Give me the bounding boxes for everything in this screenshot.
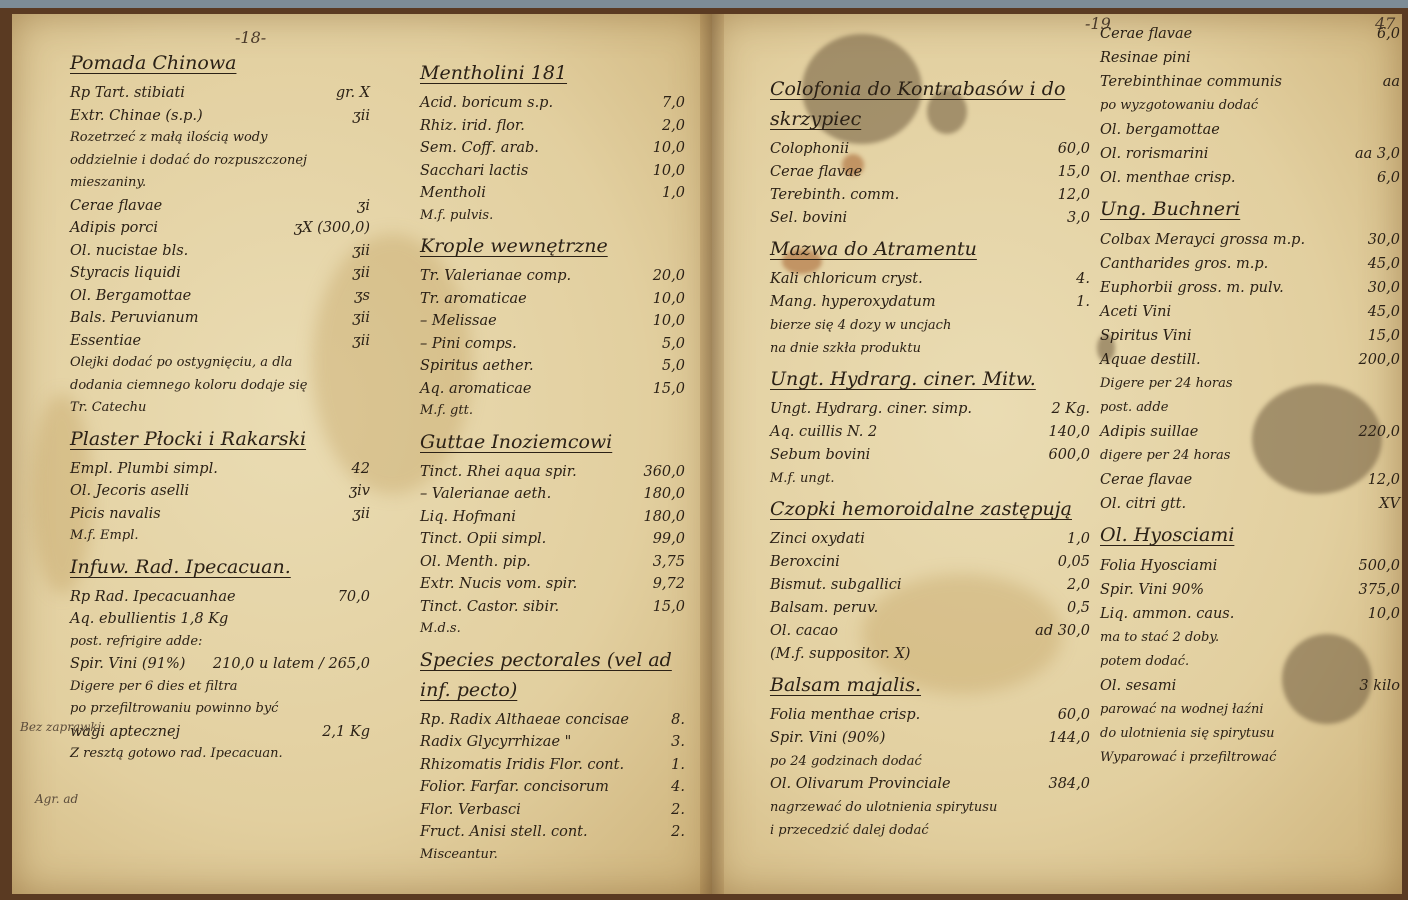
ingredient-line: Folia Hyosciami500,0 [1100, 554, 1400, 578]
ingredient-name: Rp Rad. Ipecacuanhae [70, 586, 236, 609]
ingredient-name: Colbax Merayci grossa m.p. [1100, 228, 1305, 252]
book-gutter [700, 14, 724, 894]
ingredient-line: Euphorbii gross. m. pulv.30,0 [1100, 276, 1400, 300]
ingredient-name: Adipis porci [70, 217, 158, 240]
ingredient-quantity: 10,0 [653, 310, 685, 333]
recipe-title: Krople wewnętrzne [420, 231, 685, 261]
ingredient-name: Zinci oxydati [770, 528, 865, 551]
ingredient-line: Ol. rorismariniaa 3,0 [1100, 142, 1400, 166]
ingredient-line: Ol. citri gtt.XV [1100, 492, 1400, 516]
ingredient-line: Liq. Hofmani180,0 [420, 506, 685, 529]
ingredient-line: Sem. Coff. arab.10,0 [420, 137, 685, 160]
ingredient-line: (M.f. suppositor. X) [770, 643, 1090, 666]
ingredient-line: Folia menthae crisp.60,0 [770, 704, 1090, 727]
ingredient-line: Ol. menthae crisp.6,0 [1100, 166, 1400, 190]
ingredient-quantity: ʒi [357, 195, 370, 218]
ingredient-name: Sel. bovini [770, 207, 847, 230]
ingredient-quantity: 45,0 [1368, 300, 1400, 324]
ingredient-quantity: ʒiv [349, 480, 370, 503]
ingredient-line: Picis navalisʒii [70, 503, 370, 526]
ingredient-quantity: 30,0 [1368, 276, 1400, 300]
ingredient-quantity: 10,0 [653, 137, 685, 160]
ingredient-name: Extr. Chinae (s.p.) [70, 105, 203, 128]
ingredient-quantity: 144,0 [1048, 727, 1090, 750]
ingredient-quantity: 1,0 [1067, 528, 1090, 551]
ingredient-quantity: 10,0 [653, 288, 685, 311]
recipe-title: Pomada Chinowa [70, 48, 370, 78]
recipe-title: Ung. Buchneri [1100, 194, 1400, 224]
ingredient-line: Extr. Nucis vom. spir.9,72 [420, 573, 685, 596]
ingredient-quantity: 3,0 [1067, 207, 1090, 230]
ingredient-quantity: 210,0 u latem / 265,0 [213, 653, 370, 676]
ingredient-quantity: ʒii [353, 262, 370, 285]
ingredient-name: Ol. menthae crisp. [1100, 166, 1235, 190]
ingredient-name: Sebum bovini [770, 444, 870, 467]
ingredient-quantity: 20,0 [653, 265, 685, 288]
recipe-note: M.f. gtt. [420, 400, 685, 423]
recipe-note: Rozetrzeć z małą ilością wody [70, 127, 370, 150]
ingredient-name: Liq. ammon. caus. [1100, 602, 1234, 626]
recipe-note: po 24 godzinach dodać [770, 750, 1090, 773]
ingredient-quantity: gr. X [336, 82, 370, 105]
ingredient-quantity: 2,0 [662, 115, 685, 138]
recipe-title: Plaster Płocki i Rakarski [70, 424, 370, 454]
ingredient-name: Colophonii [770, 138, 849, 161]
ingredient-name: Aq. ebullientis 1,8 Kg [70, 608, 228, 631]
recipe-note: potem dodać. [1100, 650, 1400, 674]
ingredient-line: Rp Tart. stibiatigr. X [70, 82, 370, 105]
ingredient-line: Spiritus Vini15,0 [1100, 324, 1400, 348]
ingredient-quantity: ʒii [353, 307, 370, 330]
ingredient-line: Ungt. Hydrarg. ciner. simp.2 Kg. [770, 398, 1090, 421]
ingredient-quantity: 180,0 [643, 483, 685, 506]
ingredient-name: Essentiae [70, 330, 141, 353]
ingredient-name: Cerae flavae [70, 195, 162, 218]
ingredient-line: Ol. Bergamottaeʒs [70, 285, 370, 308]
ingredient-line: Sel. bovini3,0 [770, 207, 1090, 230]
ingredient-quantity: 60,0 [1058, 138, 1090, 161]
ingredient-quantity: aa [1383, 70, 1400, 94]
ingredient-line: wagi aptecznej2,1 Kg [70, 721, 370, 744]
ingredient-line: Sacchari lactis10,0 [420, 160, 685, 183]
ingredient-quantity: 15,0 [1058, 161, 1090, 184]
ingredient-quantity: 15,0 [653, 596, 685, 619]
recipe-note: po przefiltrowaniu powinno być [70, 698, 370, 721]
ingredient-line: Aq. cuillis N. 2140,0 [770, 421, 1090, 444]
recipe-title: Balsam majalis. [770, 670, 1090, 700]
ingredient-name: Euphorbii gross. m. pulv. [1100, 276, 1284, 300]
ingredient-quantity: 1,0 [662, 182, 685, 205]
ingredient-quantity: 600,0 [1048, 444, 1090, 467]
ingredient-quantity: ʒii [353, 105, 370, 128]
ingredient-quantity: 10,0 [1368, 602, 1400, 626]
ingredient-quantity: 12,0 [1368, 468, 1400, 492]
recipe-title: Species pectorales (vel ad inf. pecto) [420, 645, 685, 705]
ingredient-quantity: 140,0 [1048, 421, 1090, 444]
ingredient-quantity: 4. [671, 776, 685, 799]
ingredient-line: Liq. ammon. caus.10,0 [1100, 602, 1400, 626]
ingredient-name: Sem. Coff. arab. [420, 137, 539, 160]
ingredient-line: Beroxcini0,05 [770, 551, 1090, 574]
ingredient-line: Folior. Farfar. concisorum4. [420, 776, 685, 799]
ingredient-line: Ol. Olivarum Provinciale384,0 [770, 773, 1090, 796]
ingredient-name: Kali chloricum cryst. [770, 268, 923, 291]
ingredient-quantity: 15,0 [1368, 324, 1400, 348]
recipe-title: Ungt. Hydrarg. ciner. Mitw. [770, 364, 1090, 394]
ingredient-name: Ol. cacao [770, 620, 838, 643]
ingredient-name: Fruct. Anisi stell. cont. [420, 821, 588, 844]
ingredient-line: Ol. nucistae bls.ʒii [70, 240, 370, 263]
ingredient-line: Empl. Plumbi simpl.42 [70, 458, 370, 481]
right-page-column-1: Colofonia do Kontrabasów i do skrzypiecC… [770, 70, 1090, 842]
ingredient-name: Ol. citri gtt. [1100, 492, 1186, 516]
recipe-note: post. adde [1100, 396, 1400, 420]
ingredient-name: Tinct. Opii simpl. [420, 528, 546, 551]
ingredient-name: Ol. Bergamottae [70, 285, 191, 308]
ingredient-line: Rp Rad. Ipecacuanhae70,0 [70, 586, 370, 609]
recipe-note: Misceantur. [420, 844, 685, 867]
ingredient-quantity: 500,0 [1358, 554, 1400, 578]
ingredient-name: Ol. Olivarum Provinciale [770, 773, 951, 796]
ingredient-name: Balsam. peruv. [770, 597, 878, 620]
recipe-note: M.d.s. [420, 618, 685, 641]
ingredient-line: Kali chloricum cryst.4. [770, 268, 1090, 291]
ingredient-name: Folia menthae crisp. [770, 704, 920, 727]
ingredient-quantity: 5,0 [662, 333, 685, 356]
ingredient-line: Cerae flavae6,0 [1100, 22, 1400, 46]
recipe-note: Tr. Catechu [70, 397, 370, 420]
ingredient-name: Cerae flavae [1100, 468, 1192, 492]
ingredient-name: Spir. Vini 90% [1100, 578, 1204, 602]
ingredient-name: Rhizomatis Iridis Flor. cont. [420, 754, 624, 777]
ingredient-quantity: 2 Kg. [1051, 398, 1090, 421]
ingredient-quantity: 1. [671, 754, 685, 777]
recipe-note: do ulotnienia się spirytusu [1100, 722, 1400, 746]
ingredient-line: Tinct. Opii simpl.99,0 [420, 528, 685, 551]
ingredient-name: Spiritus aether. [420, 355, 534, 378]
ingredient-name: Ol. nucistae bls. [70, 240, 188, 263]
ingredient-name: Ungt. Hydrarg. ciner. simp. [770, 398, 972, 421]
ingredient-name: Terebinthinae communis [1100, 70, 1282, 94]
ingredient-line: Colophonii60,0 [770, 138, 1090, 161]
recipe-note: post. refrigire adde: [70, 631, 370, 654]
margin-note: Agr. ad [35, 792, 78, 806]
ingredient-quantity: 375,0 [1358, 578, 1400, 602]
ingredient-name: Tinct. Rhei aqua spir. [420, 461, 577, 484]
ingredient-quantity: ad 30,0 [1035, 620, 1090, 643]
ingredient-quantity: aa 3,0 [1355, 142, 1400, 166]
ingredient-line: Spiritus aether.5,0 [420, 355, 685, 378]
ingredient-quantity: ʒii [353, 330, 370, 353]
ingredient-name: Flor. Verbasci [420, 799, 521, 822]
ingredient-name: Tinct. Castor. sibir. [420, 596, 559, 619]
ingredient-quantity: XV [1379, 492, 1400, 516]
ingredient-name: Sacchari lactis [420, 160, 528, 183]
ingredient-name: Spiritus Vini [1100, 324, 1191, 348]
recipe-note: i przecedzić dalej dodać [770, 819, 1090, 842]
ingredient-line: Terebinthinae communisaa [1100, 70, 1400, 94]
ingredient-name: Adipis suillae [1100, 420, 1198, 444]
ingredient-name: Ol. sesami [1100, 674, 1176, 698]
ingredient-line: Tr. Valerianae comp.20,0 [420, 265, 685, 288]
ingredient-line: Adipis porciʒX (300,0) [70, 217, 370, 240]
ingredient-quantity: 15,0 [653, 378, 685, 401]
ingredient-name: Radix Glycyrrhizae " [420, 731, 571, 754]
ingredient-line: Aceti Vini45,0 [1100, 300, 1400, 324]
ingredient-name: Aq. cuillis N. 2 [770, 421, 877, 444]
ingredient-quantity: 10,0 [653, 160, 685, 183]
ingredient-line: Bals. Peruvianumʒii [70, 307, 370, 330]
ingredient-quantity: 5,0 [662, 355, 685, 378]
ingredient-line: Styracis liquidiʒii [70, 262, 370, 285]
left-page-column-2: Mentholini 181Acid. boricum s.p.7,0Rhiz.… [420, 54, 685, 866]
ingredient-quantity: 3. [671, 731, 685, 754]
ingredient-quantity: 8. [671, 709, 685, 732]
ingredient-quantity: ʒii [353, 503, 370, 526]
ingredient-name: Liq. Hofmani [420, 506, 516, 529]
recipe-note: Olejki dodać po ostygnięciu, a dla [70, 352, 370, 375]
recipe-note: nagrzewać do ulotnienia spirytusu [770, 796, 1090, 819]
recipe-note: Digere per 6 dies et filtra [70, 676, 370, 699]
left-page-column-1: Pomada ChinowaRp Tart. stibiatigr. XExtr… [70, 44, 370, 766]
ingredient-line: Ol. Menth. pip.3,75 [420, 551, 685, 574]
ingredient-line: Ol. bergamottae [1100, 118, 1400, 142]
ingredient-line: Flor. Verbasci2. [420, 799, 685, 822]
ingredient-quantity: 2. [671, 821, 685, 844]
ingredient-quantity: 42 [352, 458, 370, 481]
ingredient-name: Ol. bergamottae [1100, 118, 1220, 142]
ingredient-quantity: 6,0 [1377, 166, 1400, 190]
ingredient-quantity: 360,0 [643, 461, 685, 484]
ingredient-name: Terebinth. comm. [770, 184, 899, 207]
ingredient-line: Mentholi1,0 [420, 182, 685, 205]
ingredient-line: Spir. Vini (90%)144,0 [770, 727, 1090, 750]
ingredient-line: Extr. Chinae (s.p.)ʒii [70, 105, 370, 128]
ingredient-name: Folia Hyosciami [1100, 554, 1217, 578]
ingredient-quantity: 70,0 [338, 586, 370, 609]
ingredient-name: – Valerianae aeth. [420, 483, 551, 506]
ingredient-name: – Melissae [420, 310, 497, 333]
ingredient-name: Tr. aromaticae [420, 288, 527, 311]
ingredient-line: Ol. sesami3 kilo [1100, 674, 1400, 698]
ingredient-quantity: 9,72 [653, 573, 685, 596]
ingredient-line: Ol. cacaoad 30,0 [770, 620, 1090, 643]
ingredient-name: Rhiz. irid. flor. [420, 115, 525, 138]
ingredient-quantity: 45,0 [1368, 252, 1400, 276]
ingredient-name: Mang. hyperoxydatum [770, 291, 936, 314]
ingredient-line: Cerae flavae12,0 [1100, 468, 1400, 492]
recipe-title: Mazwa do Atramentu [770, 234, 1090, 264]
ingredient-line: Balsam. peruv.0,5 [770, 597, 1090, 620]
ingredient-line: – Valerianae aeth.180,0 [420, 483, 685, 506]
ingredient-line: Tr. aromaticae10,0 [420, 288, 685, 311]
ingredient-line: Aq. aromaticae15,0 [420, 378, 685, 401]
ingredient-name: Aq. aromaticae [420, 378, 531, 401]
recipe-note: na dnie szkła produktu [770, 337, 1090, 360]
ingredient-line: Acid. boricum s.p.7,0 [420, 92, 685, 115]
ingredient-line: Adipis suillae220,0 [1100, 420, 1400, 444]
recipe-title: Mentholini 181 [420, 58, 685, 88]
ingredient-line: Rhizomatis Iridis Flor. cont.1. [420, 754, 685, 777]
ingredient-line: Terebinth. comm.12,0 [770, 184, 1090, 207]
ingredient-line: Tinct. Rhei aqua spir.360,0 [420, 461, 685, 484]
ingredient-name: Ol. rorismarini [1100, 142, 1208, 166]
ingredient-name: Aquae destill. [1100, 348, 1201, 372]
ingredient-line: Tinct. Castor. sibir.15,0 [420, 596, 685, 619]
recipe-note: dodania ciemnego koloru dodaje się [70, 375, 370, 398]
ingredient-line: Cerae flavaeʒi [70, 195, 370, 218]
ingredient-name: Spir. Vini (90%) [770, 727, 885, 750]
ingredient-line: Zinci oxydati1,0 [770, 528, 1090, 551]
ingredient-quantity: 12,0 [1058, 184, 1090, 207]
recipe-title: Guttae Inoziemcowi [420, 427, 685, 457]
ingredient-name: Folior. Farfar. concisorum [420, 776, 609, 799]
recipe-note: M.f. pulvis. [420, 205, 685, 228]
ingredient-name: Cerae flavae [1100, 22, 1192, 46]
ingredient-name: Bals. Peruvianum [70, 307, 198, 330]
ingredient-quantity: 2,1 Kg [322, 721, 370, 744]
ingredient-name: Extr. Nucis vom. spir. [420, 573, 577, 596]
recipe-note: Digere per 24 horas [1100, 372, 1400, 396]
ingredient-quantity: 180,0 [643, 506, 685, 529]
recipe-note: M.f. ungt. [770, 467, 1090, 490]
ingredient-name: Ol. Jecoris aselli [70, 480, 189, 503]
ingredient-name: (M.f. suppositor. X) [770, 643, 910, 666]
ingredient-quantity: 6,0 [1377, 22, 1400, 46]
ingredient-quantity: 30,0 [1368, 228, 1400, 252]
ingredient-quantity: 4. [1076, 268, 1090, 291]
recipe-note: parować na wodnej łaźni [1100, 698, 1400, 722]
ingredient-quantity: ʒii [353, 240, 370, 263]
ingredient-line: Rp. Radix Althaeae concisae8. [420, 709, 685, 732]
right-page-column-2: Cerae flavae6,0Resinae piniTerebinthinae… [1100, 22, 1400, 770]
ingredient-line: Resinae pini [1100, 46, 1400, 70]
ingredient-line: Sebum bovini600,0 [770, 444, 1090, 467]
ingredient-line: Spir. Vini 90%375,0 [1100, 578, 1400, 602]
ingredient-name: Mentholi [420, 182, 486, 205]
ingredient-quantity: 3,75 [653, 551, 685, 574]
recipe-title: Colofonia do Kontrabasów i do skrzypiec [770, 74, 1090, 134]
recipe-title: Czopki hemoroidalne zastępują [770, 494, 1090, 524]
ingredient-name: Acid. boricum s.p. [420, 92, 553, 115]
ingredient-name: Rp Tart. stibiati [70, 82, 185, 105]
recipe-note: digere per 24 horas [1100, 444, 1400, 468]
ingredient-line: – Pini comps.5,0 [420, 333, 685, 356]
ingredient-quantity: 220,0 [1358, 420, 1400, 444]
ingredient-line: Cerae flavae15,0 [770, 161, 1090, 184]
recipe-note: bierze się 4 dozy w uncjach [770, 314, 1090, 337]
ingredient-name: Bismut. subgallici [770, 574, 902, 597]
ingredient-name: Empl. Plumbi simpl. [70, 458, 218, 481]
ingredient-quantity: ʒs [354, 285, 370, 308]
ingredient-quantity: 1. [1076, 291, 1090, 314]
recipe-note: mieszaniny. [70, 172, 370, 195]
recipe-note: oddzielnie i dodać do rozpuszczonej [70, 150, 370, 173]
ingredient-quantity: 60,0 [1058, 704, 1090, 727]
ingredient-name: Beroxcini [770, 551, 840, 574]
ingredient-line: Essentiaeʒii [70, 330, 370, 353]
recipe-note: M.f. Empl. [70, 525, 370, 548]
ingredient-name: Rp. Radix Althaeae concisae [420, 709, 629, 732]
ingredient-name: Picis navalis [70, 503, 161, 526]
ingredient-line: Ol. Jecoris aselliʒiv [70, 480, 370, 503]
ingredient-line: Bismut. subgallici2,0 [770, 574, 1090, 597]
ingredient-name: Tr. Valerianae comp. [420, 265, 571, 288]
ingredient-line: Radix Glycyrrhizae "3. [420, 731, 685, 754]
ingredient-name: Aceti Vini [1100, 300, 1171, 324]
ingredient-quantity: ʒX (300,0) [294, 217, 370, 240]
ingredient-line: Mang. hyperoxydatum1. [770, 291, 1090, 314]
ingredient-name: – Pini comps. [420, 333, 517, 356]
ingredient-quantity: 2. [671, 799, 685, 822]
ingredient-line: Cantharides gros. m.p.45,0 [1100, 252, 1400, 276]
ingredient-line: – Melissae10,0 [420, 310, 685, 333]
recipe-title: Ol. Hyosciami [1100, 520, 1400, 550]
recipe-note: po wyzgotowaniu dodać [1100, 94, 1400, 118]
recipe-note: ma to stać 2 doby. [1100, 626, 1400, 650]
ingredient-line: Fruct. Anisi stell. cont.2. [420, 821, 685, 844]
ingredient-name: Resinae pini [1100, 46, 1191, 70]
ingredient-name: Spir. Vini (91%) [70, 653, 185, 676]
ingredient-quantity: 99,0 [653, 528, 685, 551]
ingredient-quantity: 3 kilo [1359, 674, 1400, 698]
margin-note: Bez zaprawki [20, 720, 102, 734]
ingredient-name: Cerae flavae [770, 161, 862, 184]
ingredient-name: Ol. Menth. pip. [420, 551, 531, 574]
ingredient-name: Cantharides gros. m.p. [1100, 252, 1268, 276]
recipe-note: Wyparować i przefiltrować [1100, 746, 1400, 770]
ingredient-line: Spir. Vini (91%)210,0 u latem / 265,0 [70, 653, 370, 676]
recipe-note: Z resztą gotowo rad. Ipecacuan. [70, 743, 370, 766]
ingredient-line: Colbax Merayci grossa m.p.30,0 [1100, 228, 1400, 252]
ingredient-quantity: 384,0 [1048, 773, 1090, 796]
ingredient-quantity: 2,0 [1067, 574, 1090, 597]
ingredient-line: Rhiz. irid. flor.2,0 [420, 115, 685, 138]
ingredient-quantity: 0,5 [1067, 597, 1090, 620]
ingredient-name: Styracis liquidi [70, 262, 181, 285]
ingredient-line: Aquae destill.200,0 [1100, 348, 1400, 372]
recipe-title: Infuw. Rad. Ipecacuan. [70, 552, 370, 582]
ingredient-quantity: 0,05 [1058, 551, 1090, 574]
ingredient-quantity: 200,0 [1358, 348, 1400, 372]
ingredient-line: Aq. ebullientis 1,8 Kg [70, 608, 370, 631]
ingredient-quantity: 7,0 [662, 92, 685, 115]
